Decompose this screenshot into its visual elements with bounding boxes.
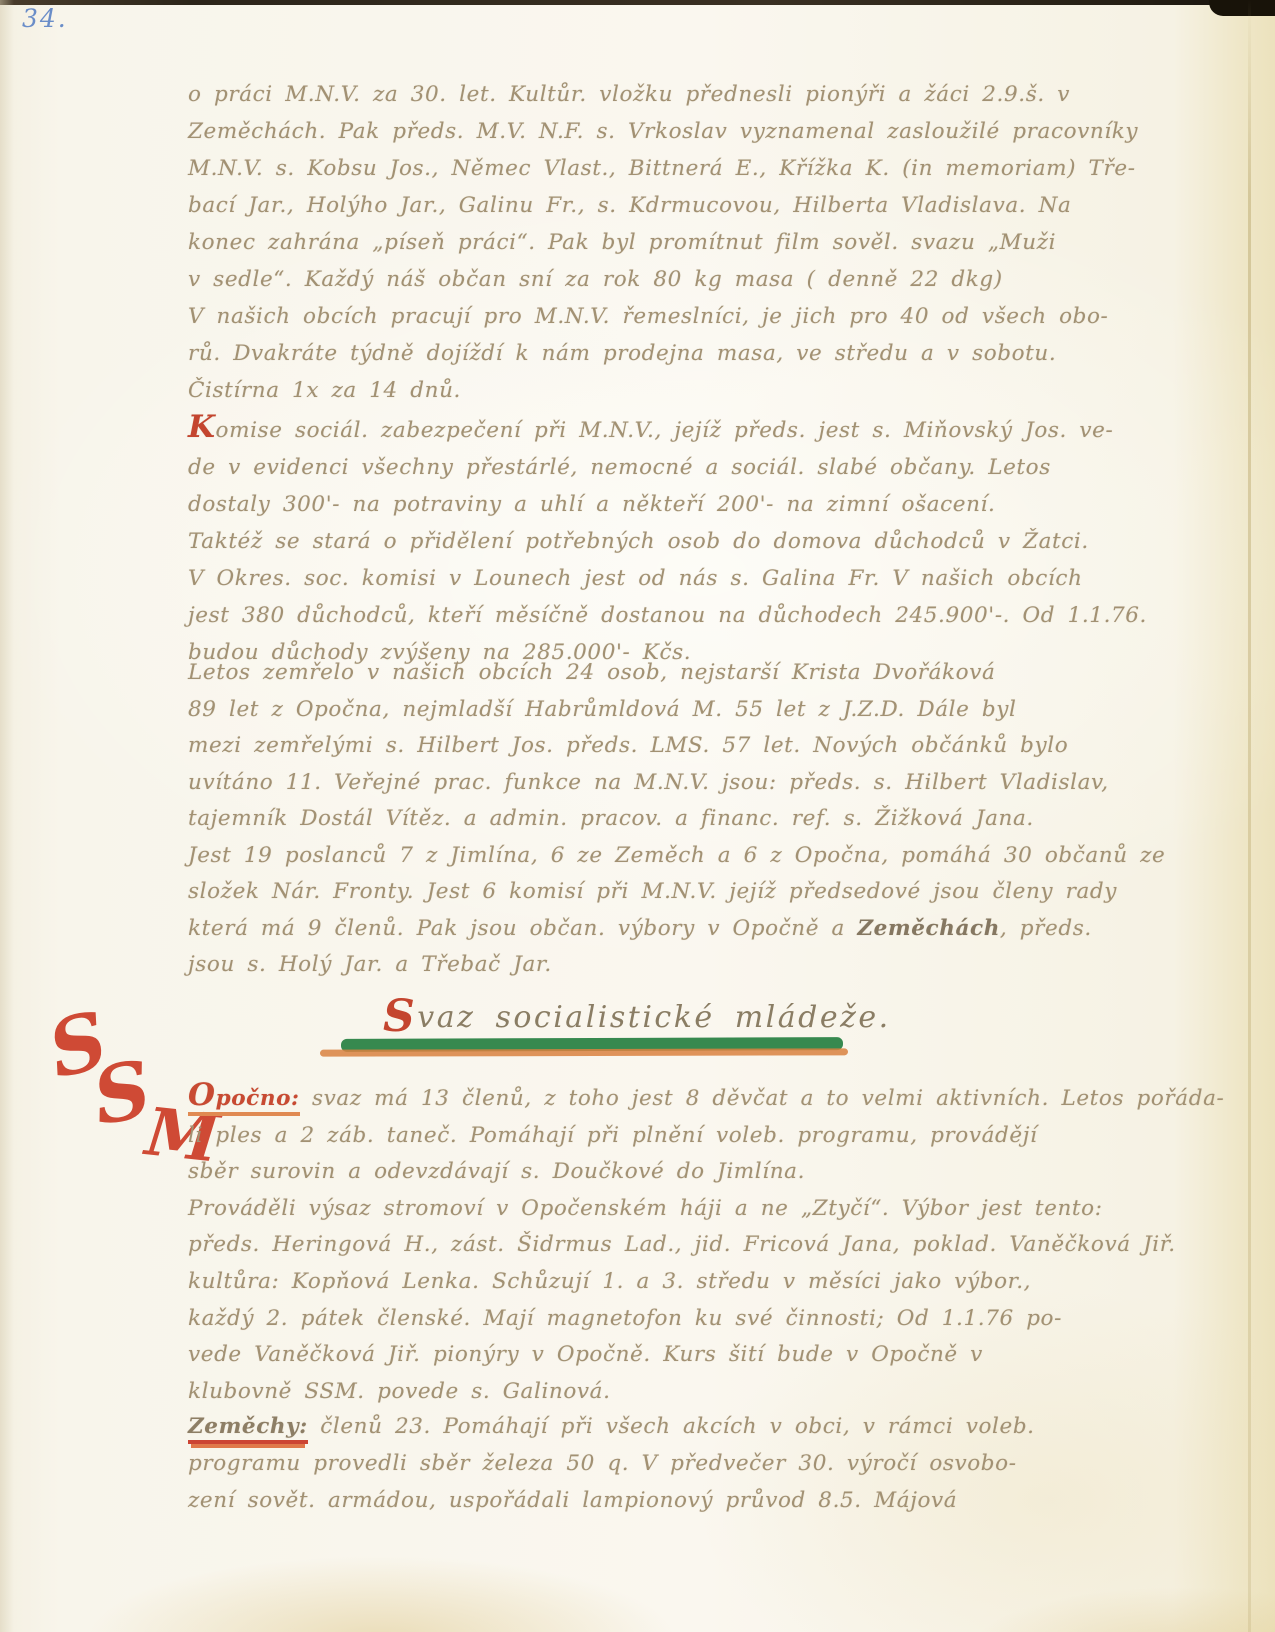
text-line: konec zahrána „píseň práci“. Pak byl pro… [188, 224, 1183, 261]
page-right-crease [1248, 0, 1251, 1632]
text-line: V Okres. soc. komisi v Lounech jest od n… [188, 560, 1183, 597]
text-line: která má 9 členů. Pak jsou občan. výbory… [188, 911, 1183, 948]
text-line: v sedle“. Každý náš občan sní za rok 80 … [188, 261, 1183, 298]
text-line: li ples a 2 záb. taneč. Pomáhají při pln… [188, 1118, 1183, 1155]
text-line: Taktéž se stará o přidělení potřebných o… [188, 523, 1183, 560]
text-line: vede Vaněčková Jiř. pionýry v Opočně. Ku… [188, 1337, 1183, 1374]
text-line: Čistírna 1x za 14 dnů. [188, 372, 1183, 409]
place-label-opocno: Opočno: [188, 1086, 300, 1116]
page-corner-shadow [1209, 0, 1275, 16]
text-line: tajemník Dostál Vítěz. a admin. pracov. … [188, 801, 1183, 838]
paragraph-zemechy-body: programu provedli sběr železa 50 q. V př… [188, 1445, 1183, 1519]
heading-underline-orange [320, 1048, 848, 1056]
text-line: Zeměchách. Pak předs. M.V. N.F. s. Vrkos… [188, 113, 1183, 150]
text-line: kultůra: Kopňová Lenka. Schůzují 1. a 3.… [188, 1264, 1183, 1301]
text-line: Letos zemřelo v našich obcích 24 osob, n… [188, 655, 1183, 692]
section-heading: Svaz socialistické mládeže. [383, 995, 891, 1039]
text-line: jest 380 důchodců, kteří měsíčně dostano… [188, 597, 1183, 634]
text-segment: svaz má 13 členů, z toho jest 8 děvčat a… [300, 1086, 1225, 1111]
paragraph-intro: o práci M.N.V. za 30. let. Kultůr. vložk… [188, 76, 1183, 409]
heading-text: vaz socialistické mládeže. [417, 1000, 890, 1035]
chronicle-page: 34. S S M o práci M.N.V. za 30. let. Kul… [0, 0, 1275, 1632]
text-segment: která má 9 členů. Pak jsou občan. výbory… [188, 916, 857, 941]
paragraph-letos-body: Letos zemřelo v našich obcích 24 osob, n… [188, 655, 1183, 911]
text-line: Jest 19 poslanců 7 z Jimlína, 6 ze Zeměc… [188, 838, 1183, 875]
text-line: jsou s. Holý Jar. a Třebač Jar. [188, 947, 1183, 984]
emphasized-word: Zeměchách [857, 916, 1000, 941]
margin-note-ssm: S S M [0, 0, 200, 220]
paragraph-opocno: Opočno: svaz má 13 členů, z toho jest 8 … [188, 1080, 1183, 1410]
paragraph-komise: Komise sociál. zabezpečení při M.N.V., j… [188, 412, 1183, 671]
text-line: Opočno: svaz má 13 členů, z toho jest 8 … [188, 1080, 1183, 1118]
paragraph-zemechy: Zeměchy: členů 23. Pomáhají při všech ak… [188, 1408, 1183, 1519]
paragraph-opocno-body: li ples a 2 záb. taneč. Pomáhají při pln… [188, 1118, 1183, 1411]
text-line: předs. Heringová H., zást. Šidrmus Lad.,… [188, 1227, 1183, 1264]
text-line: Prováděli výsaz stromoví v Opočenském há… [188, 1191, 1183, 1228]
text-line: de v evidenci všechny přestárlé, nemocné… [188, 449, 1183, 486]
text-line: Komise sociál. zabezpečení při M.N.V., j… [188, 412, 1183, 449]
red-initial-letter: K [188, 409, 216, 445]
text-line: V našich obcích pracují pro M.N.V. řemes… [188, 298, 1183, 335]
text-line: klubovně SSM. povede s. Galinová. [188, 1374, 1183, 1411]
text-segment: členů 23. Pomáhají při všech akcích v ob… [308, 1414, 1035, 1439]
text-line: programu provedli sběr železa 50 q. V př… [188, 1445, 1183, 1482]
text-line: Zeměchy: členů 23. Pomáhají při všech ak… [188, 1408, 1183, 1445]
text-line: rů. Dvakráte týdně dojíždí k nám prodejn… [188, 335, 1183, 372]
place-label-zemechy: Zeměchy: [188, 1414, 308, 1444]
text-line: 89 let z Opočna, nejmladší Habrůmldová M… [188, 692, 1183, 729]
label-text: počno: [216, 1086, 300, 1111]
text-line: o práci M.N.V. za 30. let. Kultůr. vložk… [188, 76, 1183, 113]
text-segment: , předs. [1000, 916, 1092, 941]
page-left-edge [0, 0, 14, 1632]
text-line: sběr surovin a odevzdávají s. Doučkové d… [188, 1154, 1183, 1191]
red-initial-letter: S [383, 991, 417, 1042]
text-line: každý 2. pátek členské. Mají magnetofon … [188, 1301, 1183, 1338]
text-line: složek Nár. Fronty. Jest 6 komisí při M.… [188, 874, 1183, 911]
text-segment: omise sociál. zabezpečení při M.N.V., je… [216, 418, 1114, 443]
text-line: uvítáno 11. Veřejné prac. funkce na M.N.… [188, 765, 1183, 802]
text-line: M.N.V. s. Kobsu Jos., Němec Vlast., Bitt… [188, 150, 1183, 187]
paragraph-komise-body: de v evidenci všechny přestárlé, nemocné… [188, 449, 1183, 671]
red-initial-letter: O [188, 1077, 216, 1113]
paragraph-letos: Letos zemřelo v našich obcích 24 osob, n… [188, 655, 1183, 984]
text-line: zení sovět. armádou, uspořádali lampiono… [188, 1482, 1183, 1519]
text-line: mezi zemřelými s. Hilbert Jos. předs. LM… [188, 728, 1183, 765]
text-line: dostaly 300'- na potraviny a uhlí a někt… [188, 486, 1183, 523]
text-line: bací Jar., Holýho Jar., Galinu Fr., s. K… [188, 187, 1183, 224]
